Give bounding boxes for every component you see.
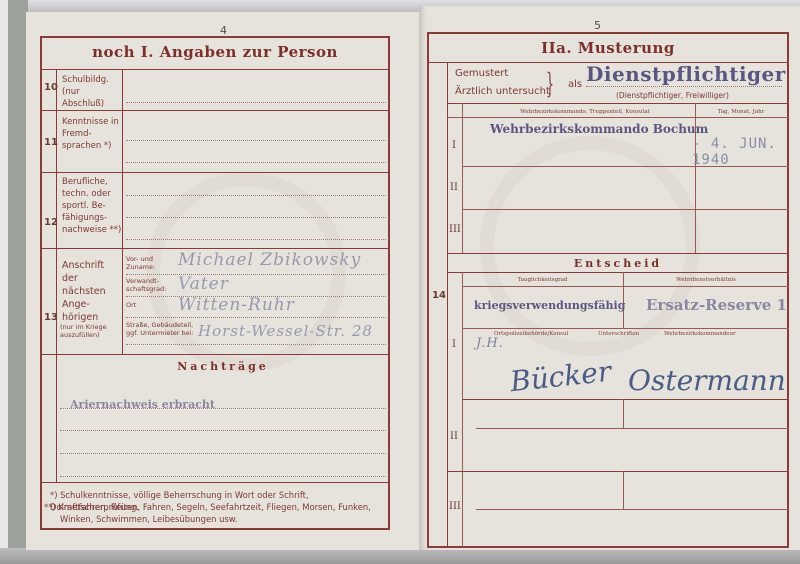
field-label-verwandtschaftsgrad: Verwandt-schaftsgrad: <box>126 278 170 293</box>
initials: J.H. <box>476 336 504 351</box>
entscheid-roman-ii: II <box>450 431 458 442</box>
booklet-cover-bottom <box>0 548 800 564</box>
footnote-2-cont: Winken, Schwimmen, Leibesübungen usw. <box>60 513 390 525</box>
row-number: 12 <box>44 217 58 228</box>
divider <box>447 62 448 548</box>
entscheid-title: Entscheid <box>447 257 789 270</box>
row-label-note: (nur im Kriege auszufüllen) <box>60 324 122 339</box>
date-stamp: - 4. JUN. 1940 <box>692 136 800 168</box>
signature-commander: Ostermann <box>628 364 786 397</box>
row-roman-ii: II <box>450 182 458 193</box>
field-value-ort[interactable]: Witten-Ruhr <box>178 295 295 315</box>
row-number: 10 <box>44 82 58 93</box>
gemustert-field[interactable] <box>586 86 782 87</box>
divider <box>40 69 390 70</box>
row-label-befaehigungsnachweise: Berufliche, techn. oder sportl. Be-fähig… <box>62 176 122 236</box>
divider <box>623 471 624 509</box>
divider <box>462 286 789 287</box>
divider <box>476 509 789 510</box>
field-label-strasse: Straße, Gebäudeteil, ggf. Untermieter be… <box>126 322 196 337</box>
gemustert-hint: (Dienstpflichtiger, Freiwilliger) <box>616 90 729 102</box>
divider <box>462 328 789 329</box>
field-befaehigung-line1[interactable] <box>126 195 386 196</box>
divider <box>56 354 57 482</box>
entscheid-roman-i: I <box>452 339 456 350</box>
aerztlich-untersucht-label: Ärztlich untersucht <box>455 86 550 98</box>
divider <box>40 354 390 355</box>
field-value-name[interactable]: Michael Zbikowsky <box>178 250 361 270</box>
nachtraege-line3[interactable] <box>60 453 386 454</box>
field-label-ort: Ort <box>126 302 136 310</box>
col-header-date: Tag, Monat, Jahr <box>696 109 786 115</box>
divider <box>462 272 463 548</box>
entscheid-roman-iii: III <box>449 501 461 512</box>
row-roman-i: I <box>452 140 456 151</box>
divider <box>447 103 789 104</box>
field-value-strasse[interactable]: Horst-Wessel-Str. 28 <box>198 322 373 340</box>
page-number: 5 <box>594 19 601 32</box>
divider <box>462 166 789 167</box>
subheader-ortspolizei: Ortspolizeibehörde/Konsul <box>494 331 590 337</box>
divider <box>122 69 123 354</box>
nachtraege-stamp: Ariernachweis erbracht <box>70 398 215 411</box>
gemustert-label: Gemustert <box>455 68 508 80</box>
nachtraege-line1[interactable] <box>60 408 386 409</box>
row-roman-iii: III <box>449 224 461 235</box>
divider <box>447 117 789 118</box>
divider <box>447 253 789 254</box>
row-label-schulbildung: Schulbildg. (nur Abschluß) <box>62 74 122 110</box>
left-page: 4 noch I. Angaben zur Person 10 Schulbil… <box>26 12 420 550</box>
divider <box>40 482 390 483</box>
divider <box>40 248 390 249</box>
section-title: IIa. Musterung <box>429 39 787 57</box>
section-title: noch I. Angaben zur Person <box>42 43 388 61</box>
divider <box>462 103 463 253</box>
divider <box>447 272 789 273</box>
divider <box>462 399 789 400</box>
nachtraege-line4[interactable] <box>60 476 386 477</box>
field-schulbildung[interactable] <box>126 102 386 103</box>
field-fremdsprachen-line1[interactable] <box>126 140 386 141</box>
divider <box>462 209 789 210</box>
divider <box>40 110 390 111</box>
divider <box>126 317 386 318</box>
right-page: 5 IIa. Musterung Gemustert Ärztlich unte… <box>420 6 800 550</box>
col-header-authority: Wehrbezirkskommando, Truppenteil, Konsul… <box>480 109 690 115</box>
brace-icon: } <box>546 64 554 104</box>
ersatz-reserve-stamp: Ersatz-Reserve 1 <box>646 296 787 314</box>
field-befaehigung-line2[interactable] <box>126 217 386 218</box>
als-label: als <box>568 79 582 91</box>
field-value-verwandtschaftsgrad[interactable]: Vater <box>178 274 229 294</box>
tauglichkeit-stamp: kriegsverwendungsfähig <box>474 299 625 312</box>
divider <box>476 428 789 429</box>
wbk-bochum-stamp: Wehrbezirkskommando Bochum <box>490 122 708 136</box>
row-number-14: 14 <box>432 290 446 301</box>
row-label-angehoerige: Anschrift der nächsten Ange-hörigen <box>62 259 122 324</box>
divider <box>40 172 390 173</box>
col-header-wehrdienstverhaeltnis: Wehrdienstverhältnis <box>623 277 789 283</box>
subheader-unterschriften: Unterschriften <box>598 331 658 337</box>
field-fremdsprachen-line2[interactable] <box>126 162 386 163</box>
nachtraege-title: Nachträge <box>56 360 390 373</box>
divider <box>447 471 789 472</box>
row-number: 13 <box>44 312 58 323</box>
field-befaehigung-line3[interactable] <box>126 239 386 240</box>
nachtraege-line2[interactable] <box>60 430 386 431</box>
footnote-2: **) Kraftfahren, Reiten, Fahren, Segeln,… <box>44 501 390 513</box>
divider <box>126 274 386 275</box>
divider <box>623 399 624 429</box>
field-label-name: Vor- und Zuname: <box>126 256 166 271</box>
booklet-cover-spine <box>0 0 28 564</box>
divider <box>126 344 386 345</box>
col-header-tauglichkeitsgrad: Tauglichkeitsgrad <box>462 277 623 283</box>
dienstpflichtiger-stamp: Dienstpflichtiger <box>586 62 786 86</box>
subheader-wbk-kommandeur: Wehrbezirkskommandeur <box>664 331 764 337</box>
row-number: 11 <box>44 137 58 148</box>
row-label-fremdsprachen: Kenntnisse in Fremd-sprachen *) <box>62 116 122 152</box>
